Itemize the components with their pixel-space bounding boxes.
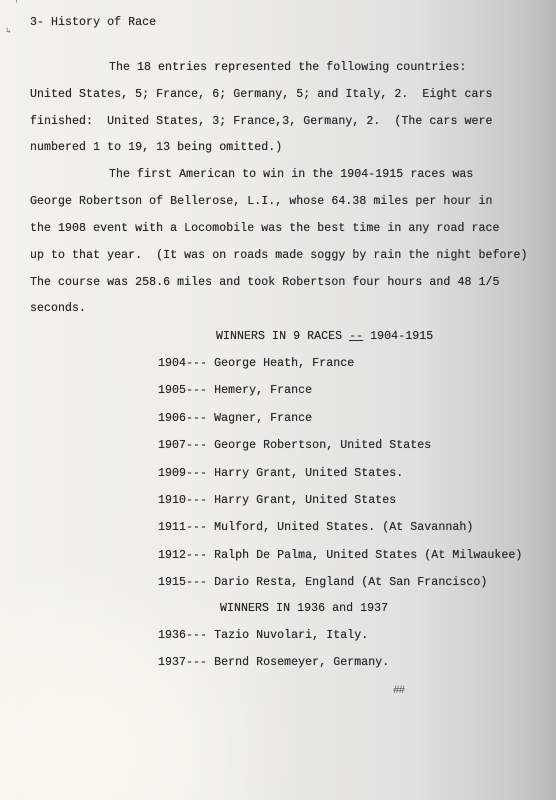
winner-year: 1905---	[158, 384, 207, 397]
winner-year: 1910---	[158, 494, 207, 507]
winner-entry: 1937--- Bernd Rosemeyer, Germany.	[158, 656, 389, 669]
winner-name: Hemery, France	[214, 384, 312, 397]
section2-title: WINNERS IN 1936 and 1937	[220, 602, 388, 615]
winner-year: 1915---	[158, 576, 207, 589]
paper-highlight	[0, 560, 300, 800]
paragraph1-line: United States, 5; France, 6; Germany, 5;…	[30, 88, 493, 101]
winner-name: Mulford, United States. (At Savannah)	[214, 521, 473, 534]
winner-entry: 1909--- Harry Grant, United States.	[158, 467, 403, 480]
paragraph2-line: George Robertson of Bellerose, L.I., who…	[30, 195, 493, 208]
end-mark: ##	[393, 685, 404, 697]
title-separator: --	[349, 330, 363, 343]
winner-year: 1907---	[158, 439, 207, 452]
winner-entry: 1904--- George Heath, France	[158, 357, 354, 370]
paragraph1-line: The 18 entries represented the following…	[109, 61, 466, 74]
winner-entry: 1910--- Harry Grant, United States	[158, 494, 396, 507]
winner-year: 1909---	[158, 467, 207, 480]
winner-year: 1911---	[158, 521, 207, 534]
paper-speck: '	[14, 0, 19, 9]
paragraph1-line: finished: United States, 3; France,3, Ge…	[30, 115, 493, 128]
winner-name: Dario Resta, England (At San Francisco)	[214, 576, 487, 589]
paragraph2-line: up to that year. (It was on roads made s…	[30, 249, 528, 262]
winner-name: George Heath, France	[214, 357, 354, 370]
winner-name: Tazio Nuvolari, Italy.	[214, 629, 368, 642]
winner-year: 1906---	[158, 412, 207, 425]
paragraph2-line: the 1908 event with a Locomobile was the…	[30, 222, 500, 235]
winner-name: Bernd Rosemeyer, Germany.	[214, 656, 389, 669]
winner-name: Wagner, France	[214, 412, 312, 425]
winner-entry: 1911--- Mulford, United States. (At Sava…	[158, 521, 473, 534]
winner-entry: 1907--- George Robertson, United States	[158, 439, 431, 452]
winner-entry: 1915--- Dario Resta, England (At San Fra…	[158, 576, 487, 589]
winner-name: Ralph De Palma, United States (At Milwau…	[214, 549, 522, 562]
winner-name: Harry Grant, United States	[214, 494, 396, 507]
winner-name: George Robertson, United States	[214, 439, 431, 452]
staple-mark: ↳	[6, 26, 11, 36]
paragraph2-line: The course was 258.6 miles and took Robe…	[30, 276, 500, 289]
section1-title: WINNERS IN 9 RACES -- 1904-1915	[216, 330, 433, 343]
winner-year: 1937---	[158, 656, 207, 669]
title-text: WINNERS IN 9 RACES	[216, 330, 349, 343]
winner-entry: 1936--- Tazio Nuvolari, Italy.	[158, 629, 368, 642]
winner-entry: 1905--- Hemery, France	[158, 384, 312, 397]
winner-year: 1936---	[158, 629, 207, 642]
paragraph1-line: numbered 1 to 19, 13 being omitted.)	[30, 141, 282, 154]
paragraph2-line: seconds.	[30, 302, 86, 315]
title-years: 1904-1915	[363, 330, 433, 343]
page-heading: 3- History of Race	[30, 16, 156, 29]
winner-year: 1904---	[158, 357, 207, 370]
winner-year: 1912---	[158, 549, 207, 562]
paragraph2-line: The first American to win in the 1904-19…	[109, 168, 473, 181]
winner-entry: 1912--- Ralph De Palma, United States (A…	[158, 549, 522, 562]
winner-name: Harry Grant, United States.	[214, 467, 403, 480]
winner-entry: 1906--- Wagner, France	[158, 412, 312, 425]
